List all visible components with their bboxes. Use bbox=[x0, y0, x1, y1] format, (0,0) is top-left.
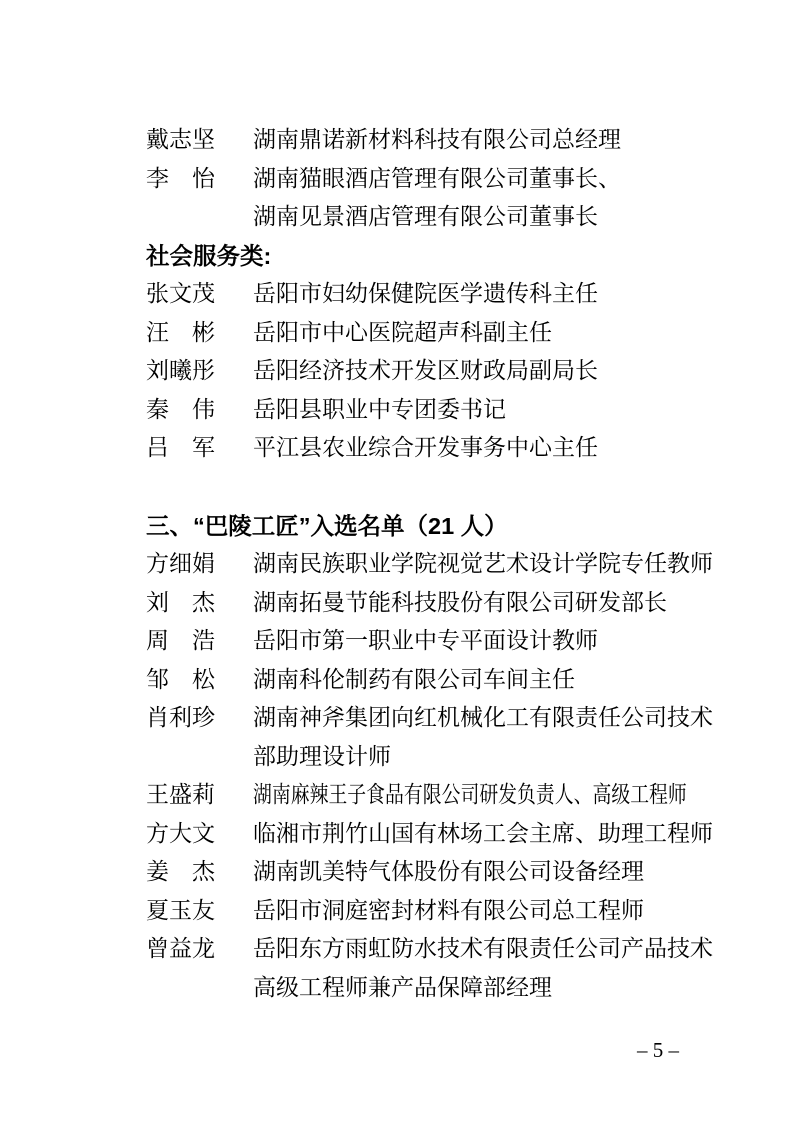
entry-name: 吕 军 bbox=[146, 429, 217, 468]
entry-row: 邹 松湖南科伦制药有限公司车间主任 bbox=[146, 661, 733, 700]
entry-description-line: 湖南见景酒店管理有限公司董事长 bbox=[253, 198, 621, 237]
entry-description-line: 高级工程师兼产品保障部经理 bbox=[253, 969, 713, 1008]
entry-description-line: 湖南猫眼酒店管理有限公司董事长、 bbox=[253, 160, 621, 199]
heading-social-services: 社会服务类: bbox=[146, 237, 733, 276]
entry-row: 张文茂岳阳市妇幼保健院医学遗传科主任 bbox=[146, 275, 733, 314]
entry-description: 岳阳市妇幼保健院医学遗传科主任 bbox=[253, 275, 598, 314]
entry-list-social-services: 张文茂岳阳市妇幼保健院医学遗传科主任汪 彬岳阳市中心医院超声科副主任刘曦彤岳阳经… bbox=[146, 275, 733, 468]
entry-row: 姜 杰湖南凯美特气体股份有限公司设备经理 bbox=[146, 853, 733, 892]
entry-row: 方大文临湘市荆竹山国有林场工会主席、助理工程师 bbox=[146, 815, 733, 854]
entry-description-line: 部助理设计师 bbox=[253, 738, 713, 777]
entry-description-line: 临湘市荆竹山国有林场工会主席、助理工程师 bbox=[253, 815, 713, 854]
entry-description: 平江县农业综合开发事务中心主任 bbox=[253, 429, 598, 468]
entry-description: 岳阳市洞庭密封材料有限公司总工程师 bbox=[253, 892, 644, 931]
entry-name: 肖利珍 bbox=[146, 699, 217, 738]
entry-name: 戴志坚 bbox=[146, 121, 217, 160]
entry-row: 秦 伟岳阳县职业中专团委书记 bbox=[146, 391, 733, 430]
entry-row: 刘 杰湖南拓曼节能科技股份有限公司研发部长 bbox=[146, 584, 733, 623]
entry-description: 湖南科伦制药有限公司车间主任 bbox=[253, 661, 575, 700]
entry-row: 刘曦彤岳阳经济技术开发区财政局副局长 bbox=[146, 352, 733, 391]
entry-description: 湖南拓曼节能科技股份有限公司研发部长 bbox=[253, 584, 667, 623]
entry-row: 周 浩岳阳市第一职业中专平面设计教师 bbox=[146, 622, 733, 661]
entry-description-line: 岳阳东方雨虹防水技术有限责任公司产品技术 bbox=[253, 930, 713, 969]
entry-description: 岳阳经济技术开发区财政局副局长 bbox=[253, 352, 598, 391]
entry-description-line: 平江县农业综合开发事务中心主任 bbox=[253, 429, 598, 468]
entry-description-line: 湖南鼎诺新材料科技有限公司总经理 bbox=[253, 121, 621, 160]
entry-description: 湖南鼎诺新材料科技有限公司总经理 bbox=[253, 121, 621, 160]
document-page: 戴志坚湖南鼎诺新材料科技有限公司总经理李 怡湖南猫眼酒店管理有限公司董事长、湖南… bbox=[0, 0, 793, 1122]
entry-name: 张文茂 bbox=[146, 275, 217, 314]
entry-row: 吕 军平江县农业综合开发事务中心主任 bbox=[146, 429, 733, 468]
entry-description-line: 湖南民族职业学院视觉艺术设计学院专任教师 bbox=[253, 545, 713, 584]
document-content: 戴志坚湖南鼎诺新材料科技有限公司总经理李 怡湖南猫眼酒店管理有限公司董事长、湖南… bbox=[146, 121, 733, 1007]
entry-name: 姜 杰 bbox=[146, 853, 217, 892]
entry-row: 汪 彬岳阳市中心医院超声科副主任 bbox=[146, 314, 733, 353]
page-number: – 5 – bbox=[613, 1037, 703, 1063]
entry-list-baling-craftsmen: 方细娟湖南民族职业学院视觉艺术设计学院专任教师刘 杰湖南拓曼节能科技股份有限公司… bbox=[146, 545, 733, 1007]
entry-name: 周 浩 bbox=[146, 622, 217, 661]
entry-description-line: 岳阳经济技术开发区财政局副局长 bbox=[253, 352, 598, 391]
entry-description-line: 湖南科伦制药有限公司车间主任 bbox=[253, 661, 575, 700]
entry-name: 李 怡 bbox=[146, 160, 217, 199]
entry-description: 湖南麻辣王子食品有限公司研发负责人、高级工程师 bbox=[253, 776, 782, 815]
entry-description: 湖南神斧集团向红机械化工有限责任公司技术部助理设计师 bbox=[253, 699, 713, 776]
entry-description-line: 湖南神斧集团向红机械化工有限责任公司技术 bbox=[253, 699, 713, 738]
entry-name: 曾益龙 bbox=[146, 930, 217, 969]
entry-row: 方细娟湖南民族职业学院视觉艺术设计学院专任教师 bbox=[146, 545, 733, 584]
entry-name: 秦 伟 bbox=[146, 391, 217, 430]
entry-description-line: 湖南凯美特气体股份有限公司设备经理 bbox=[253, 853, 644, 892]
entry-description: 湖南民族职业学院视觉艺术设计学院专任教师 bbox=[253, 545, 713, 584]
entry-row: 曾益龙岳阳东方雨虹防水技术有限责任公司产品技术高级工程师兼产品保障部经理 bbox=[146, 930, 733, 1007]
entry-description-line: 岳阳市中心医院超声科副主任 bbox=[253, 314, 552, 353]
entry-description-line: 岳阳县职业中专团委书记 bbox=[253, 391, 506, 430]
entry-description-line: 湖南麻辣王子食品有限公司研发负责人、高级工程师 bbox=[253, 776, 687, 815]
entry-name: 方细娟 bbox=[146, 545, 217, 584]
entry-name: 汪 彬 bbox=[146, 314, 217, 353]
entry-description-line: 岳阳市妇幼保健院医学遗传科主任 bbox=[253, 275, 598, 314]
entry-name: 方大文 bbox=[146, 815, 217, 854]
entry-row: 肖利珍湖南神斧集团向红机械化工有限责任公司技术部助理设计师 bbox=[146, 699, 733, 776]
entry-description: 岳阳东方雨虹防水技术有限责任公司产品技术高级工程师兼产品保障部经理 bbox=[253, 930, 713, 1007]
heading-baling-craftsmen: 三、“巴陵工匠”入选名单（21 人） bbox=[146, 507, 733, 546]
entry-row: 夏玉友岳阳市洞庭密封材料有限公司总工程师 bbox=[146, 892, 733, 931]
section-gap bbox=[146, 468, 733, 507]
entry-name: 夏玉友 bbox=[146, 892, 217, 931]
entry-list-top: 戴志坚湖南鼎诺新材料科技有限公司总经理李 怡湖南猫眼酒店管理有限公司董事长、湖南… bbox=[146, 121, 733, 237]
entry-description-line: 湖南拓曼节能科技股份有限公司研发部长 bbox=[253, 584, 667, 623]
entry-description: 岳阳县职业中专团委书记 bbox=[253, 391, 506, 430]
entry-description: 湖南猫眼酒店管理有限公司董事长、湖南见景酒店管理有限公司董事长 bbox=[253, 160, 621, 237]
entry-row: 戴志坚湖南鼎诺新材料科技有限公司总经理 bbox=[146, 121, 733, 160]
entry-name: 邹 松 bbox=[146, 661, 217, 700]
entry-description-line: 岳阳市第一职业中专平面设计教师 bbox=[253, 622, 598, 661]
entry-name: 刘曦彤 bbox=[146, 352, 217, 391]
entry-description: 岳阳市中心医院超声科副主任 bbox=[253, 314, 552, 353]
entry-name: 王盛莉 bbox=[146, 776, 217, 815]
entry-description-line: 岳阳市洞庭密封材料有限公司总工程师 bbox=[253, 892, 644, 931]
entry-description: 岳阳市第一职业中专平面设计教师 bbox=[253, 622, 598, 661]
entry-description: 湖南凯美特气体股份有限公司设备经理 bbox=[253, 853, 644, 892]
entry-name: 刘 杰 bbox=[146, 584, 217, 623]
entry-row: 李 怡湖南猫眼酒店管理有限公司董事长、湖南见景酒店管理有限公司董事长 bbox=[146, 160, 733, 237]
entry-description: 临湘市荆竹山国有林场工会主席、助理工程师 bbox=[253, 815, 713, 854]
entry-row: 王盛莉湖南麻辣王子食品有限公司研发负责人、高级工程师 bbox=[146, 776, 733, 815]
